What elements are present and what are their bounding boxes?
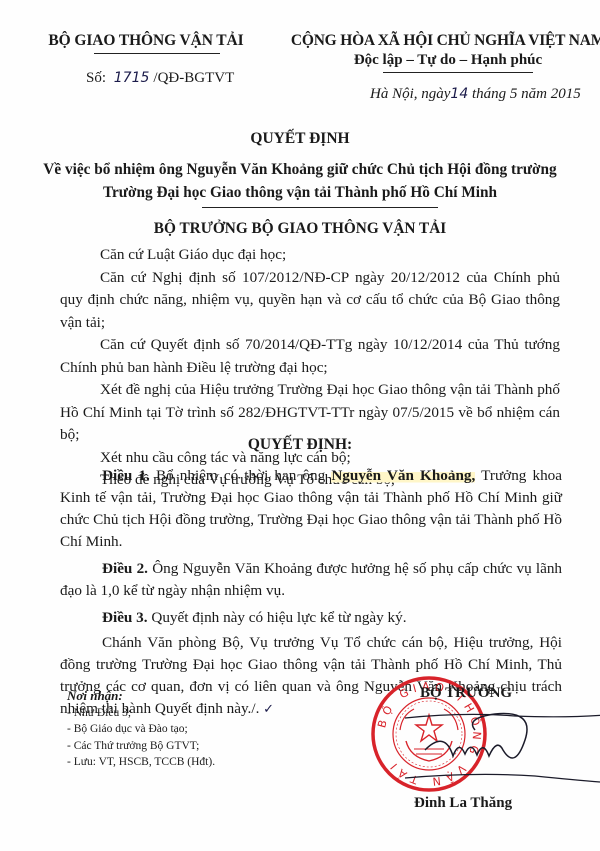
article-1: Điều 1. Bổ nhiệm có thời hạn ông Nguyễn … xyxy=(60,465,562,553)
handwritten-signature-icon xyxy=(405,700,600,790)
subject-line-1: Về việc bổ nhiệm ông Nguyễn Văn Khoảng g… xyxy=(0,158,600,181)
subject-underline xyxy=(202,207,438,208)
document-title: QUYẾT ĐỊNH xyxy=(0,130,600,148)
number-label: Số: xyxy=(86,70,106,86)
recipient-item: - Các Thứ trưởng Bộ GTVT; xyxy=(67,738,215,755)
document-number: Số: 1715/QĐ-BGTVT xyxy=(86,70,234,87)
place-date-suffix: tháng 5 năm 2015 xyxy=(472,86,581,102)
preamble-item: Căn cứ Quyết định số 70/2014/QĐ-TTg ngày… xyxy=(60,334,560,379)
article-1-text-before: Bổ nhiệm có thời hạn ông xyxy=(156,467,325,484)
article-2: Điều 2. Ông Nguyễn Văn Khoảng được hưởng… xyxy=(60,558,562,602)
article-3-label: Điều 3. xyxy=(102,609,148,626)
recipients: Nơi nhận: - Như Điều 3; - Bộ Giáo dục và… xyxy=(67,688,215,771)
preamble-item: Căn cứ Nghị định số 107/2012/NĐ-CP ngày … xyxy=(60,267,560,335)
preamble: Căn cứ Luật Giáo dục đại học; Căn cứ Ngh… xyxy=(60,244,560,492)
article-1-label: Điều 1. xyxy=(102,467,150,484)
national-motto: Độc lập – Tự do – Hạnh phúc xyxy=(290,52,600,69)
recipient-item: - Như Điều 3; xyxy=(67,705,215,722)
article-2-label: Điều 2. xyxy=(102,560,148,577)
signer-name: Đinh La Thăng xyxy=(414,795,512,812)
initial-mark-icon: ✓ xyxy=(263,702,274,717)
decision-heading: QUYẾT ĐỊNH: xyxy=(0,436,600,454)
recipient-item: - Lưu: VT, HSCB, TCCB (Hđt). xyxy=(67,754,215,771)
issuing-authority: BỘ TRƯỞNG BỘ GIAO THÔNG VẬN TẢI xyxy=(0,220,600,238)
preamble-item: Căn cứ Luật Giáo dục đại học; xyxy=(60,244,560,267)
appointee-name: Nguyễn Văn Khoảng, xyxy=(331,467,475,484)
place-date: Hà Nội, ngày14 tháng 5 năm 2015 xyxy=(370,86,581,103)
day-handwritten: 14 xyxy=(450,86,468,102)
document-subject: Về việc bổ nhiệm ông Nguyễn Văn Khoảng g… xyxy=(0,158,600,204)
document-page: BỘ GIAO THÔNG VẬN TẢI Số: 1715/QĐ-BGTVT … xyxy=(0,0,600,851)
article-3-text: Quyết định này có hiệu lực kể từ ngày ký… xyxy=(151,609,406,626)
organization-underline xyxy=(94,53,220,54)
motto-underline xyxy=(383,72,533,73)
recipient-item: - Bộ Giáo dục và Đào tạo; xyxy=(67,721,215,738)
number-handwritten: 1715 xyxy=(114,70,150,86)
subject-line-2: Trường Đại học Giao thông vận tải Thành … xyxy=(0,181,600,204)
national-title: CỘNG HÒA XÃ HỘI CHỦ NGHĨA VIỆT NAM xyxy=(290,32,600,50)
number-suffix: /QĐ-BGTVT xyxy=(153,70,234,86)
issuing-organization: BỘ GIAO THÔNG VẬN TẢI xyxy=(0,32,292,50)
recipients-heading: Nơi nhận: xyxy=(67,688,215,705)
place-date-prefix: Hà Nội, ngày xyxy=(370,86,450,102)
article-3: Điều 3. Quyết định này có hiệu lực kể từ… xyxy=(60,607,562,629)
